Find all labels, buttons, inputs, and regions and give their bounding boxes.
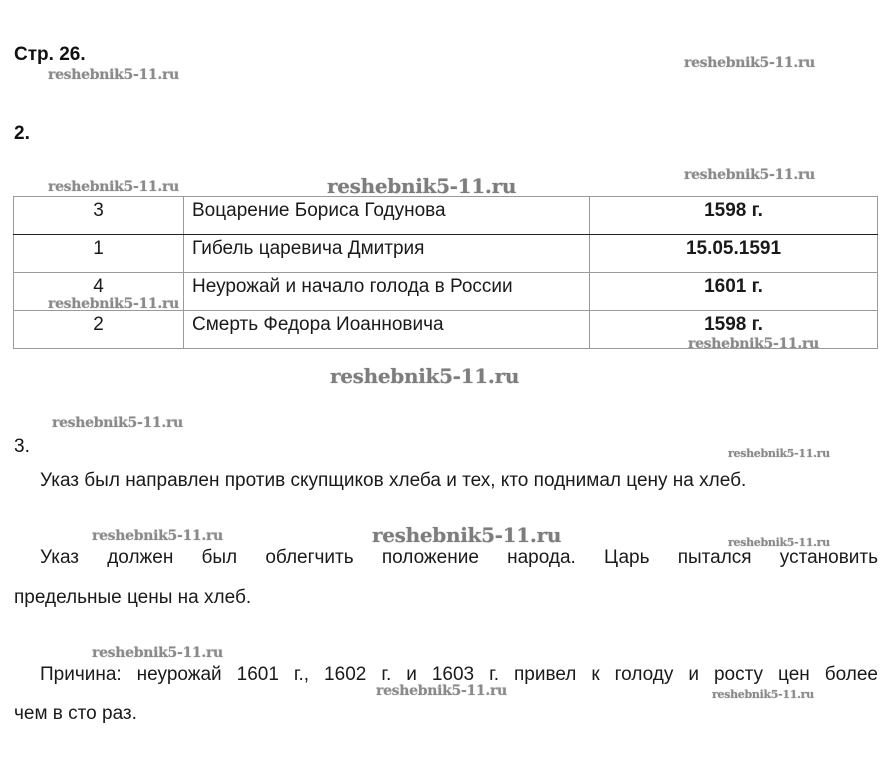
watermark: reshebnik5-11.ru (712, 688, 814, 701)
watermark: reshebnik5-11.ru (372, 523, 561, 547)
event-cell: Воцарение Бориса Годунова (184, 197, 590, 235)
order-cell: 2 (14, 311, 184, 349)
answer-paragraph-2-line-2: предельные цены на хлеб. (14, 578, 874, 618)
table-row: 1 Гибель царевича Дмитрия 15.05.1591 (14, 235, 878, 273)
watermark: reshebnik5-11.ru (376, 683, 507, 699)
watermark: reshebnik5-11.ru (48, 179, 179, 195)
watermark: reshebnik5-11.ru (688, 336, 819, 352)
watermark: reshebnik5-11.ru (52, 415, 183, 431)
watermark: reshebnik5-11.ru (728, 536, 830, 549)
watermark: reshebnik5-11.ru (684, 167, 815, 183)
task-2-number: 2. (14, 123, 30, 145)
watermark: reshebnik5-11.ru (684, 55, 815, 71)
date-cell: 1601 г. (590, 273, 878, 311)
task-3-number: 3. (14, 436, 30, 458)
watermark: reshebnik5-11.ru (48, 67, 179, 83)
answer-paragraph-1: Указ был направлен против скупщиков хлеб… (40, 461, 880, 501)
event-cell: Смерть Федора Иоанновича (184, 311, 590, 349)
event-cell: Неурожай и начало голода в России (184, 273, 590, 311)
date-cell: 15.05.1591 (590, 235, 878, 273)
watermark: reshebnik5-11.ru (728, 447, 830, 460)
page-title: Стр. 26. (14, 44, 86, 66)
watermark: reshebnik5-11.ru (327, 174, 516, 198)
watermark: reshebnik5-11.ru (330, 364, 519, 388)
watermark: reshebnik5-11.ru (92, 528, 223, 544)
event-cell: Гибель царевича Дмитрия (184, 235, 590, 273)
order-cell: 1 (14, 235, 184, 273)
order-cell: 3 (14, 197, 184, 235)
events-table: 3 Воцарение Бориса Годунова 1598 г. 1 Ги… (13, 196, 878, 349)
date-cell: 1598 г. (590, 197, 878, 235)
watermark: reshebnik5-11.ru (92, 645, 223, 661)
watermark: reshebnik5-11.ru (48, 296, 179, 312)
table-row: 3 Воцарение Бориса Годунова 1598 г. (14, 197, 878, 235)
